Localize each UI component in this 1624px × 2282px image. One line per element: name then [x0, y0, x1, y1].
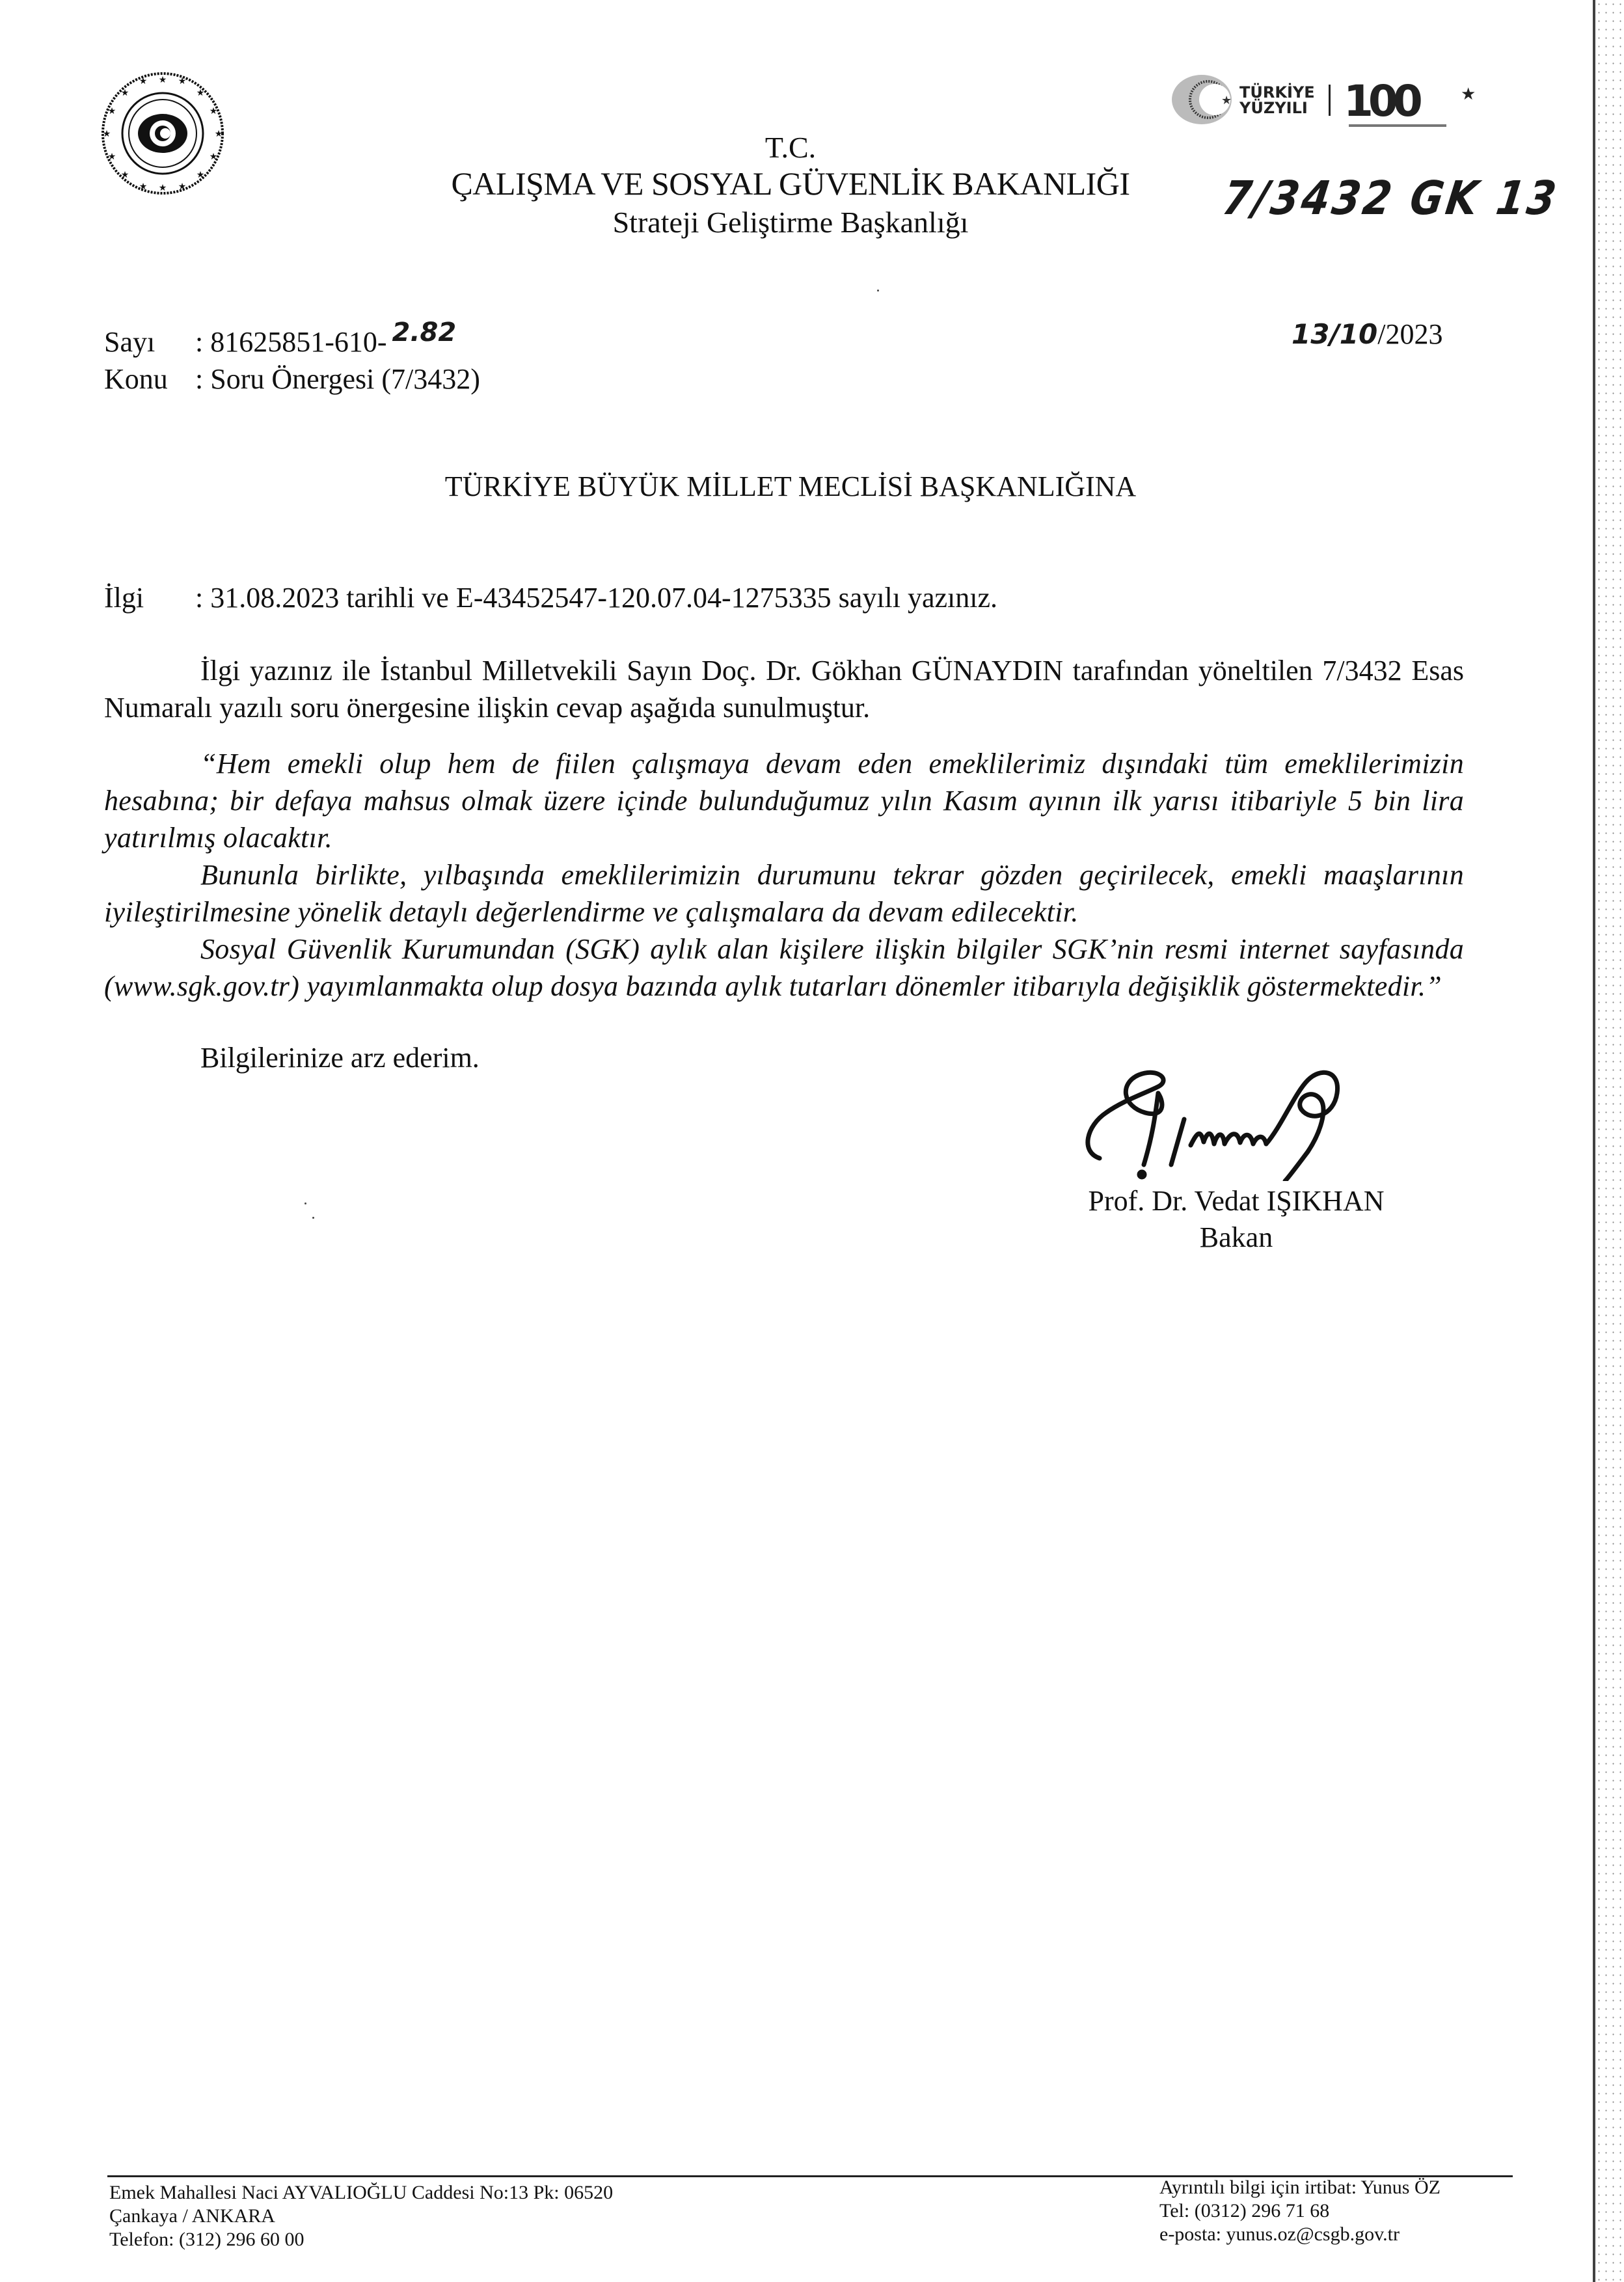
document-date: 13/10/2023: [1292, 318, 1442, 351]
contact-phone: Tel: (0312) 296 71 68: [1159, 2199, 1441, 2223]
svg-text:★: ★: [139, 76, 148, 87]
footer-contact: Ayrıntılı bilgi için irtibat: Yunus ÖZ T…: [1159, 2176, 1441, 2246]
svg-text:★: ★: [159, 75, 167, 85]
signer-title: Bakan: [1028, 1219, 1444, 1256]
svg-text:★: ★: [178, 76, 187, 87]
svg-text:100: 100: [1344, 76, 1421, 126]
address-line-2: Çankaya / ANKARA: [109, 2205, 613, 2228]
signer-block: Prof. Dr. Vedat IŞIKHAN Bakan: [1028, 1183, 1444, 1256]
address-line-1: Emek Mahallesi Naci AYVALIOĞLU Caddesi N…: [109, 2181, 613, 2205]
sayi-line: Sayı : 81625851-610- 2.82: [104, 325, 456, 359]
scan-edge: [1593, 0, 1624, 2282]
svg-text:★: ★: [108, 106, 116, 116]
konu-label: Konu: [104, 362, 195, 396]
ilgi-value: : 31.08.2023 tarihli ve E-43452547-120.0…: [195, 581, 997, 614]
ilgi-line: İlgi : 31.08.2023 tarihli ve E-43452547-…: [104, 581, 997, 614]
sayi-value: : 81625851-610-: [195, 325, 387, 359]
header-tc: T.C.: [0, 130, 1581, 165]
quote-paragraph-2: Bununla birlikte, yılbaşında emeklilerim…: [104, 856, 1464, 930]
sayi-handwritten: 2.82: [392, 318, 457, 351]
handwritten-reference: 7/3432 GK 13: [1219, 171, 1562, 226]
quote-paragraph-3: Sosyal Güvenlik Kurumundan (SGK) aylık a…: [104, 930, 1464, 1005]
konu-line: Konu : Soru Önergesi (7/3432): [104, 362, 480, 396]
body-quote: “Hem emekli olup hem de fiilen çalışmaya…: [104, 745, 1464, 1005]
ilgi-label: İlgi: [104, 581, 195, 614]
svg-text:YÜZYILI: YÜZYILI: [1239, 98, 1308, 117]
contact-person: Ayrıntılı bilgi için irtibat: Yunus ÖZ: [1159, 2176, 1441, 2199]
footer-address: Emek Mahallesi Naci AYVALIOĞLU Caddesi N…: [109, 2181, 613, 2251]
phone-line: Telefon: (312) 296 60 00: [109, 2228, 613, 2251]
contact-email[interactable]: e-posta: yunus.oz@csgb.gov.tr: [1159, 2223, 1441, 2246]
sayi-label: Sayı: [104, 325, 195, 359]
closing-line: Bilgilerinize arz ederim.: [200, 1041, 480, 1074]
svg-text:★: ★: [121, 88, 129, 98]
scan-speck: [877, 290, 879, 292]
scan-speck: [304, 1202, 306, 1204]
svg-text:★: ★: [1221, 94, 1232, 107]
turkiye-yuzyili-logo: ★ TÜRKİYE YÜZYILI 100 ★: [1168, 70, 1480, 132]
date-handwritten: 13/10: [1292, 318, 1377, 350]
konu-value: : Soru Önergesi (7/3432): [195, 362, 480, 396]
recipient-heading: TÜRKİYE BÜYÜK MİLLET MECLİSİ BAŞKANLIĞIN…: [0, 470, 1581, 503]
signature-mark: [1061, 1067, 1399, 1181]
intro-paragraph: İlgi yazınız ile İstanbul Milletvekili S…: [104, 652, 1464, 726]
date-printed: /2023: [1377, 318, 1442, 350]
svg-text:★: ★: [196, 88, 205, 98]
signer-name: Prof. Dr. Vedat IŞIKHAN: [1028, 1183, 1444, 1219]
quote-paragraph-1: “Hem emekli olup hem de fiilen çalışmaya…: [104, 745, 1464, 856]
svg-text:★: ★: [1461, 85, 1476, 104]
body-intro: İlgi yazınız ile İstanbul Milletvekili S…: [104, 652, 1464, 726]
scan-speck: [312, 1217, 314, 1219]
svg-text:★: ★: [210, 106, 218, 116]
